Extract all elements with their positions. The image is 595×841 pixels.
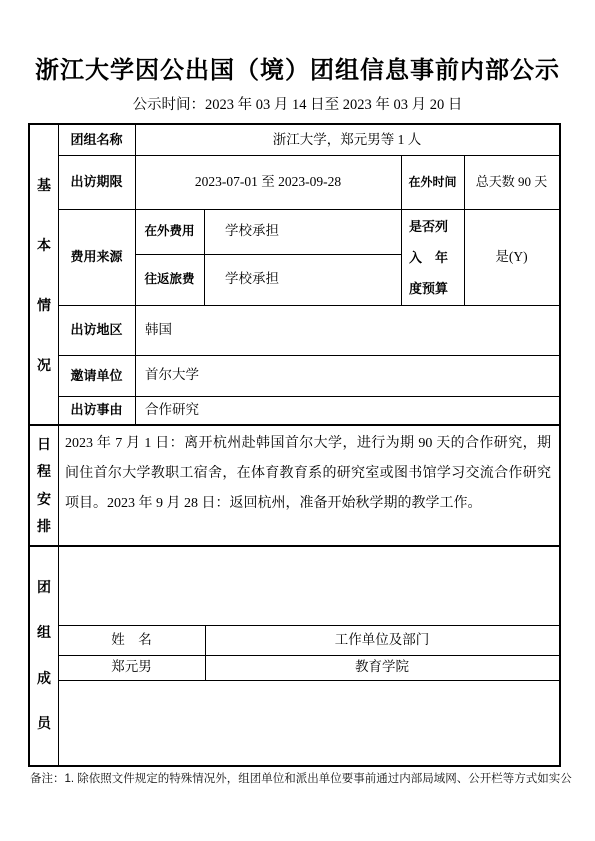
info-table: 基 本 情 况 日 程 安 排 团 组 成 员 团组名称 浙江大学，郑元男等 1… xyxy=(28,123,561,767)
section-char: 程 xyxy=(37,461,51,481)
inviter-value: 首尔大学 xyxy=(135,355,569,396)
destination-value: 韩国 xyxy=(135,305,569,355)
section-label-schedule: 日 程 安 排 xyxy=(30,426,58,544)
page-title: 浙江大学因公出国（境）团组信息事前内部公示 xyxy=(0,50,595,85)
section-char: 排 xyxy=(37,516,51,536)
visit-period-value: 2023-07-01 至 2023-09-28 xyxy=(135,155,401,209)
inviter-label: 邀请单位 xyxy=(58,355,135,396)
section-char: 日 xyxy=(37,434,51,454)
footer-note: 备注：1. 除依照文件规定的特殊情况外，组团单位和派出单位要事前通过内部局域网、… xyxy=(30,770,575,786)
section-char: 本 xyxy=(37,235,51,255)
section-char: 成 xyxy=(37,668,51,688)
line-member-bottom xyxy=(58,680,559,681)
section-char: 情 xyxy=(37,295,51,315)
travel-cost-value: 学校承担 xyxy=(204,254,422,305)
member-col-unit-header: 工作单位及部门 xyxy=(205,625,559,655)
section-label-basic-info: 基 本 情 况 xyxy=(30,135,58,415)
schedule-text: 2023 年 7 月 1 日：离开杭州赴韩国首尔大学，进行为期 90 天的合作研… xyxy=(65,429,551,519)
time-abroad-value: 总天数 90 天 xyxy=(464,155,559,209)
abroad-cost-label: 在外费用 xyxy=(135,209,204,254)
group-name-value: 浙江大学，郑元男等 1 人 xyxy=(135,125,559,155)
line-section1 xyxy=(30,424,559,426)
abroad-cost-value: 学校承担 xyxy=(204,209,422,254)
member-row-name: 郑元男 xyxy=(58,655,205,680)
section-char: 团 xyxy=(37,577,51,597)
destination-label: 出访地区 xyxy=(58,305,135,355)
publicity-period: 公示时间：2023 年 03 月 14 日至 2023 年 03 月 20 日 xyxy=(0,93,595,114)
budget-label: 是否列 入 年 度预算 xyxy=(401,209,464,305)
reason-label: 出访事由 xyxy=(58,396,135,424)
member-row-unit: 教育学院 xyxy=(205,655,559,680)
publicity-document-page: { "page": { "title": "浙江大学因公出国（境）团组信息事前内… xyxy=(0,0,595,841)
funding-label: 费用来源 xyxy=(58,209,135,305)
reason-value: 合作研究 xyxy=(135,396,569,424)
section-char: 况 xyxy=(37,355,51,375)
member-col-name-header: 姓 名 xyxy=(58,625,205,655)
visit-period-label: 出访期限 xyxy=(58,155,135,209)
budget-value: 是(Y) xyxy=(464,209,559,305)
section-label-members: 团 组 成 员 xyxy=(30,551,58,759)
section-char: 员 xyxy=(37,713,51,733)
group-name-label: 团组名称 xyxy=(58,125,135,155)
section-char: 组 xyxy=(37,622,51,642)
time-abroad-label: 在外时间 xyxy=(401,155,464,209)
section-char: 安 xyxy=(37,489,51,509)
travel-cost-label: 往返旅费 xyxy=(135,254,204,305)
line-section2 xyxy=(30,545,559,547)
section-char: 基 xyxy=(37,175,51,195)
